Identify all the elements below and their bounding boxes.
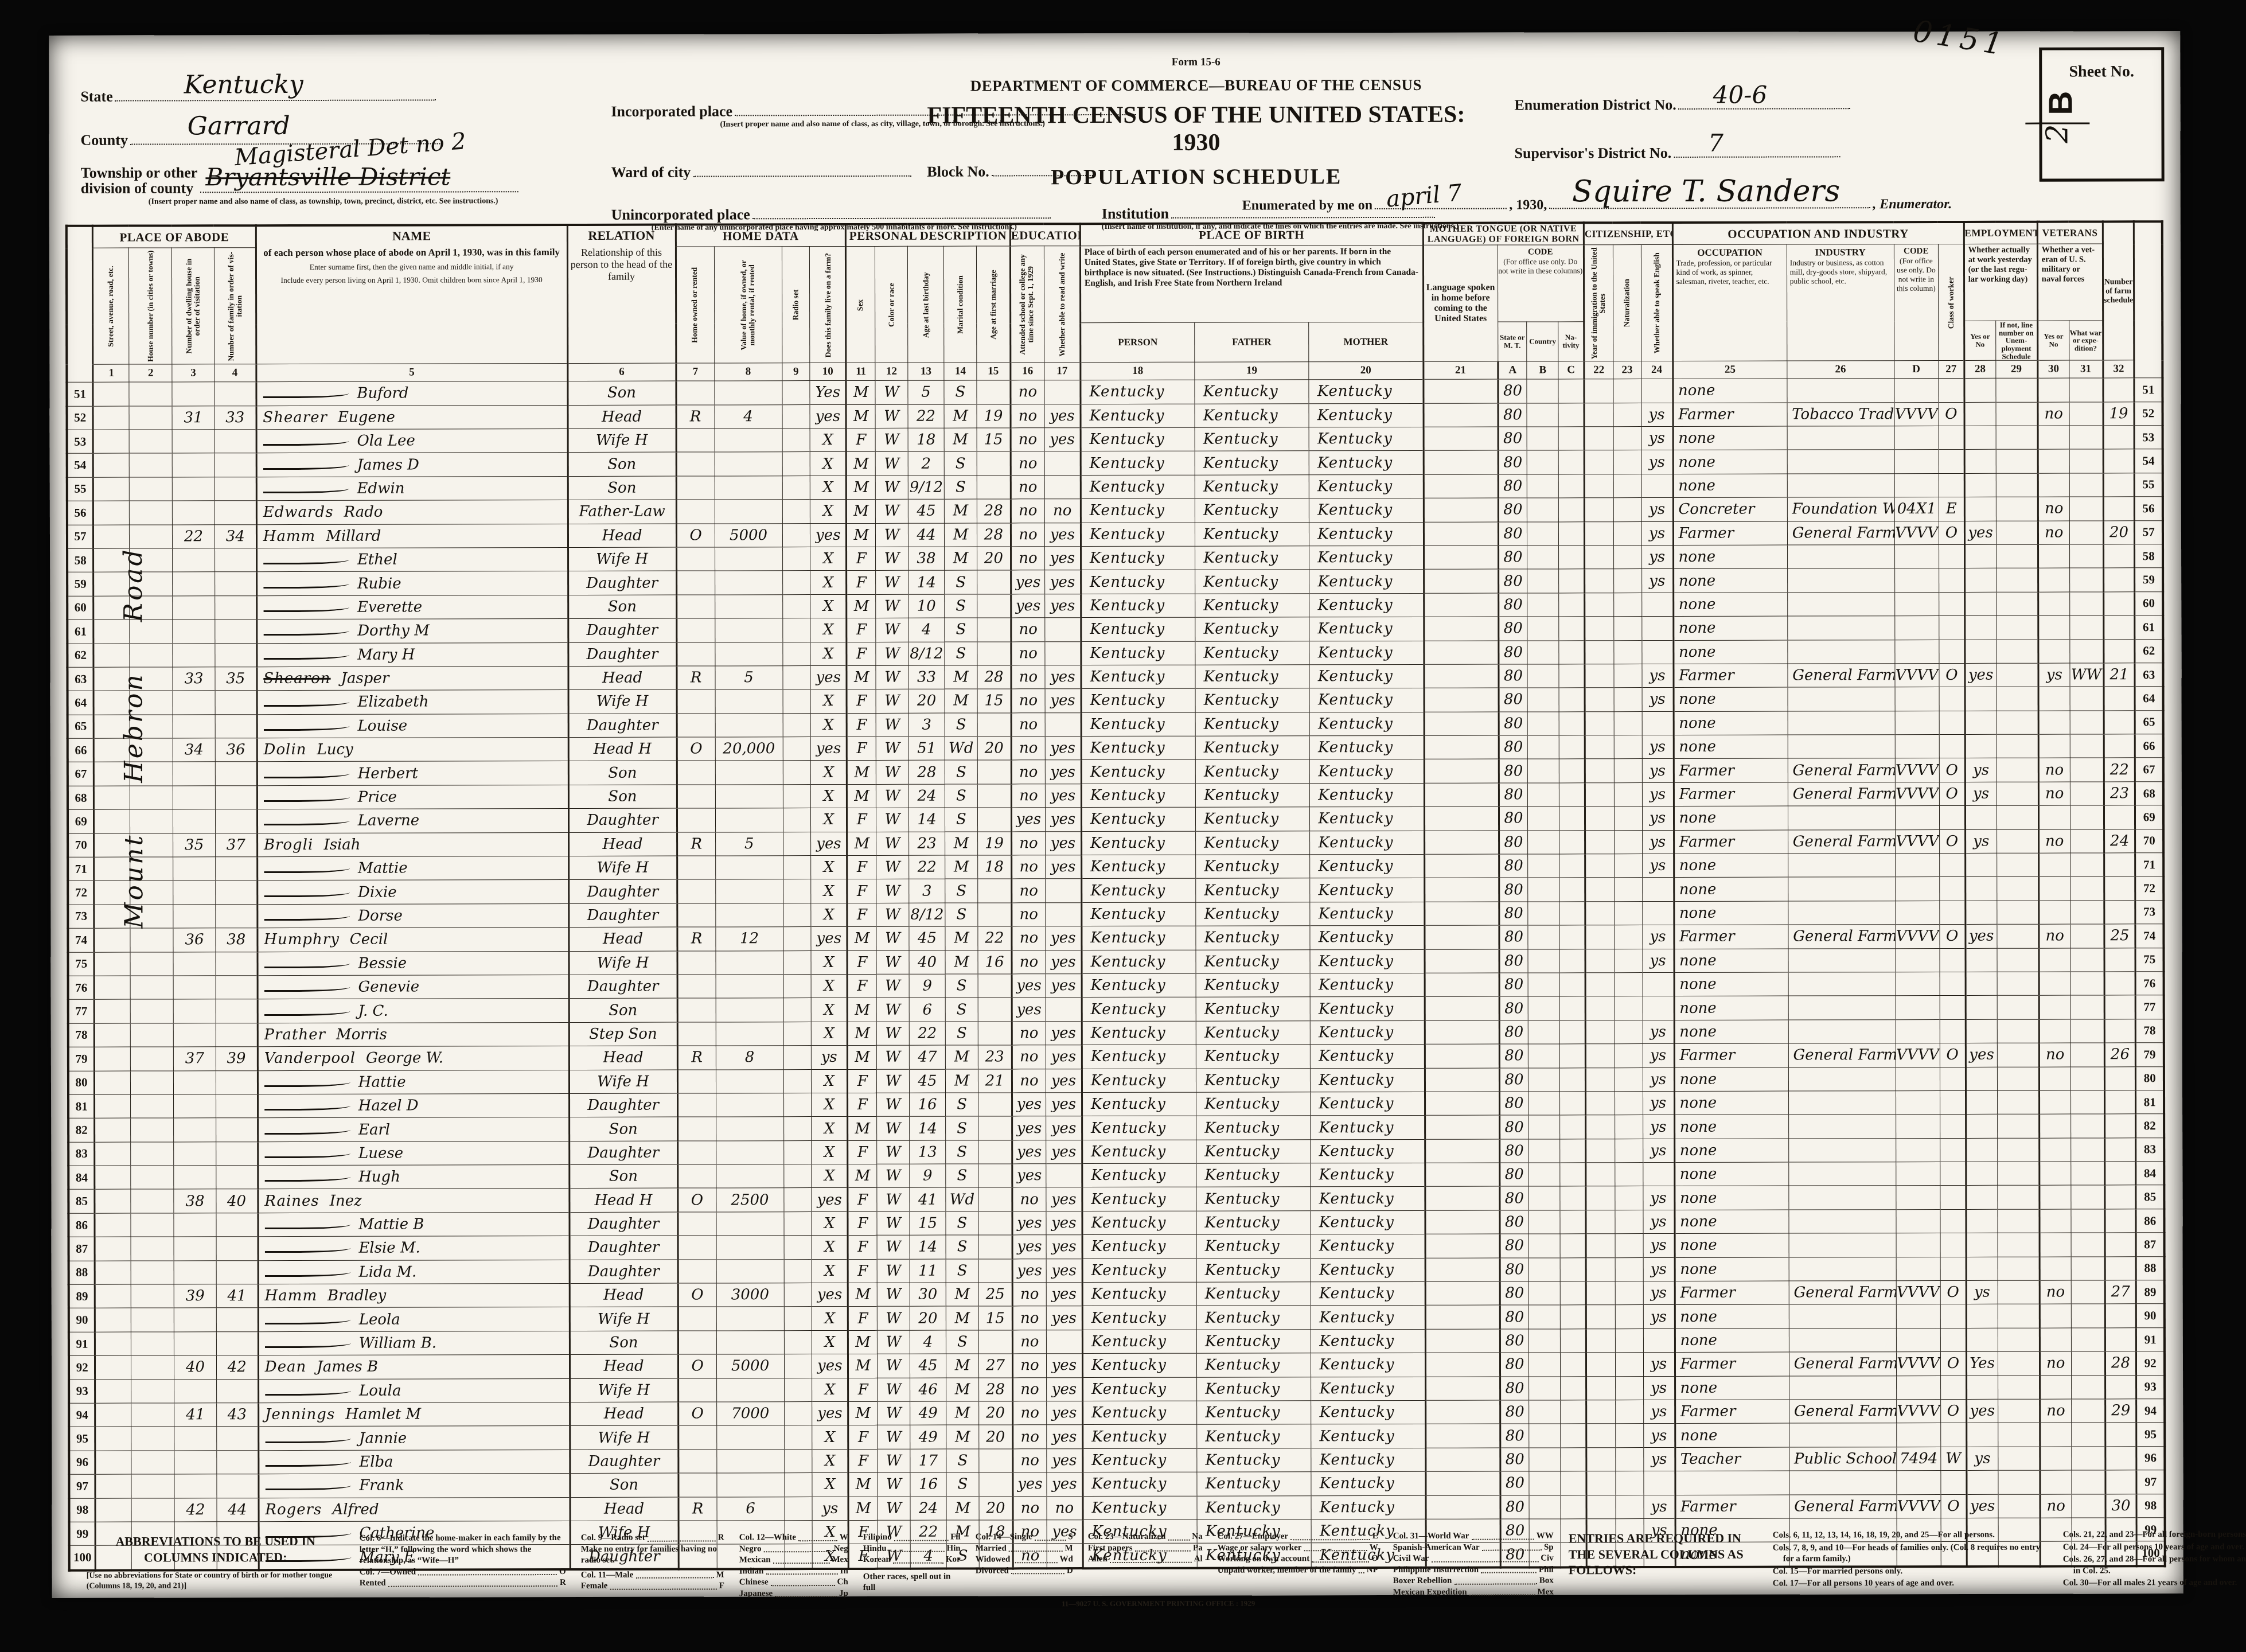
r81-c31 xyxy=(1940,1090,1966,1114)
r90-c17: yes xyxy=(1046,1306,1082,1330)
r88-c34 xyxy=(2040,1257,2071,1281)
r83-c18: Kentucky xyxy=(1082,1140,1196,1164)
r82-c36 xyxy=(2104,1114,2136,1138)
county-label: County xyxy=(81,132,128,149)
r96-c13: 17 xyxy=(910,1449,946,1473)
r90-c0: 90 xyxy=(69,1308,95,1332)
r74-c6: Head xyxy=(568,927,677,951)
col-number-2: 2 xyxy=(129,364,172,382)
r62-c22: 80 xyxy=(1498,640,1527,664)
r91-c25 xyxy=(1586,1329,1615,1353)
r65-c29 xyxy=(1788,711,1895,735)
r71-c20: Kentucky xyxy=(1310,854,1424,878)
r73-c34 xyxy=(2039,901,2070,925)
r67-c34: no xyxy=(2038,758,2070,782)
r56-c20: Kentucky xyxy=(1309,498,1424,523)
r71-c33 xyxy=(1997,853,2038,877)
r65-c35 xyxy=(2070,711,2104,735)
r85-c20: Kentucky xyxy=(1311,1187,1425,1211)
r86-c22: 80 xyxy=(1500,1210,1529,1234)
col-number-23: 23 xyxy=(1613,361,1641,379)
r69-c29 xyxy=(1788,806,1895,830)
r61-c20: Kentucky xyxy=(1309,617,1424,641)
r65-c25 xyxy=(1585,711,1614,735)
r92-c21 xyxy=(1425,1353,1500,1377)
r71-c18: Kentucky xyxy=(1082,855,1196,879)
r76-c10: X xyxy=(811,974,847,998)
r85-c17: yes xyxy=(1046,1187,1082,1211)
r59-c0: 59 xyxy=(67,572,93,596)
r62-c25 xyxy=(1585,640,1614,664)
r98-c35 xyxy=(2072,1494,2105,1518)
col6-col7-block: Col. 6—Indicate the home-maker in each f… xyxy=(360,1533,566,1600)
r55-c9 xyxy=(782,476,810,499)
r89-c12: W xyxy=(877,1283,910,1307)
r93-c6: Wife H xyxy=(570,1378,678,1402)
r97-c3 xyxy=(174,1474,216,1498)
r80-c7 xyxy=(677,1069,716,1093)
r73-c30 xyxy=(1896,901,1940,925)
r56-c17: no xyxy=(1044,499,1081,523)
r75-c21 xyxy=(1425,949,1499,973)
r68-c7 xyxy=(677,785,715,809)
r63-c14: M xyxy=(945,665,977,689)
r81-c7 xyxy=(677,1093,716,1117)
r67-c28: Farmer xyxy=(1674,759,1788,783)
r67-c7 xyxy=(677,761,715,785)
r81-c16: yes xyxy=(1012,1093,1046,1117)
r70-c0: 70 xyxy=(68,833,94,857)
r90-c1 xyxy=(95,1308,131,1332)
r98-c15: 20 xyxy=(979,1496,1013,1520)
r83-c19: Kentucky xyxy=(1196,1139,1311,1163)
r97-c29 xyxy=(1789,1471,1897,1495)
abbrev-line: ChineseCh xyxy=(739,1577,848,1588)
r92-c5: DeanJames B xyxy=(258,1355,570,1380)
r61-c31 xyxy=(1939,616,1965,640)
r88-c24 xyxy=(1560,1257,1586,1281)
r87-c26 xyxy=(1615,1234,1643,1257)
r54-c17 xyxy=(1044,451,1081,476)
r87-c34 xyxy=(2040,1233,2071,1257)
r65-c18: Kentucky xyxy=(1081,712,1195,737)
abbrev-line: Col. 31—World WarWW xyxy=(1393,1530,1554,1542)
r88-c13: 11 xyxy=(910,1259,946,1283)
r63-c8: 5 xyxy=(715,666,783,690)
r53-c17: yes xyxy=(1044,428,1081,452)
r82-c26 xyxy=(1615,1115,1643,1139)
r95-c24 xyxy=(1561,1424,1586,1447)
r97-c12: W xyxy=(878,1472,910,1497)
r82-c6: Son xyxy=(569,1117,677,1141)
col-number-14: 14 xyxy=(944,363,977,380)
r52-c6: Head xyxy=(568,405,676,429)
r78-c6: Step Son xyxy=(569,1022,677,1046)
r58-c15: 20 xyxy=(977,547,1011,571)
r51-c30 xyxy=(1894,379,1939,403)
r62-c34 xyxy=(2038,640,2070,664)
r98-c9 xyxy=(785,1497,813,1520)
r67-c36: 22 xyxy=(2104,758,2135,782)
r74-c31: O xyxy=(1940,925,1966,948)
r80-c11: F xyxy=(848,1069,877,1093)
r70-c28: Farmer xyxy=(1674,830,1788,854)
col-header: House number (in cities or towns) xyxy=(129,248,173,364)
r95-c28: none xyxy=(1675,1423,1789,1447)
r56-c4 xyxy=(215,501,256,525)
r89-c10: yes xyxy=(812,1283,848,1307)
r80-c36 xyxy=(2104,1066,2136,1090)
r59-c35 xyxy=(2069,568,2103,592)
r54-c0: 54 xyxy=(67,454,93,477)
r56-c32 xyxy=(1964,497,1996,521)
r54-c30 xyxy=(1894,450,1939,474)
abbrev-line: NegroNeg xyxy=(739,1543,848,1554)
abbrev-line: First papersPa xyxy=(1088,1542,1203,1554)
r87-c22: 80 xyxy=(1500,1234,1529,1257)
r64-c20: Kentucky xyxy=(1309,688,1424,712)
r52-c34: no xyxy=(2038,402,2069,426)
r81-c9 xyxy=(783,1093,812,1117)
r81-c13: 16 xyxy=(910,1093,946,1117)
r81-c2 xyxy=(131,1094,174,1119)
r91-c11: M xyxy=(848,1330,878,1354)
r64-c11: F xyxy=(847,689,876,713)
r66-c14: Wd xyxy=(945,737,977,761)
r73-c23 xyxy=(1528,902,1559,926)
r71-c36 xyxy=(2104,853,2135,877)
r56-c19: Kentucky xyxy=(1195,498,1309,523)
r54-c6: Son xyxy=(568,452,676,476)
r80-c1 xyxy=(95,1071,131,1095)
r92-c12: W xyxy=(878,1354,910,1378)
col-number-12: 12 xyxy=(875,363,908,380)
r69-c26 xyxy=(1614,806,1642,830)
r98-c22: 80 xyxy=(1500,1495,1530,1519)
r76-c19: Kentucky xyxy=(1196,973,1310,998)
r95-c20: Kentucky xyxy=(1311,1424,1425,1448)
r73-c12: W xyxy=(876,903,909,927)
r61-c24 xyxy=(1559,617,1585,640)
r98-c5: RogersAlfred xyxy=(259,1497,570,1522)
r96-c11: F xyxy=(848,1449,878,1472)
r66-c10: yes xyxy=(811,737,847,761)
r83-c10: X xyxy=(812,1140,848,1164)
r73-c5: Dorse xyxy=(258,903,569,928)
county-value: Garrard xyxy=(188,111,290,141)
r70-c31: O xyxy=(1939,829,1965,853)
r93-c15: 28 xyxy=(978,1377,1012,1401)
r82-c25 xyxy=(1586,1115,1615,1139)
r81-c3 xyxy=(174,1094,216,1119)
r68-c23 xyxy=(1528,783,1559,807)
r58-c32 xyxy=(1964,544,1996,568)
r79-c27: ys xyxy=(1643,1044,1674,1068)
r91-c5: William B. xyxy=(258,1331,570,1355)
r63-c7: R xyxy=(677,666,715,690)
r97-c28 xyxy=(1675,1471,1789,1495)
r61-c11: F xyxy=(847,618,876,641)
r82-c13: 14 xyxy=(910,1116,946,1140)
r78-c17: yes xyxy=(1046,1021,1082,1045)
r87-c12: W xyxy=(877,1236,910,1260)
r75-c24 xyxy=(1559,949,1585,972)
col-header: Home owned or rented xyxy=(676,247,715,363)
r67-c29: General Farm xyxy=(1788,758,1895,782)
r67-c6: Son xyxy=(568,761,677,785)
r78-c26 xyxy=(1615,1020,1643,1043)
r92-c34: no xyxy=(2040,1351,2071,1376)
r71-c12: W xyxy=(876,855,909,879)
r55-c13: 9/12 xyxy=(908,476,944,500)
r62-c23 xyxy=(1527,640,1559,664)
r58-c23 xyxy=(1527,546,1559,570)
r77-c20: Kentucky xyxy=(1310,997,1424,1021)
r53-c3 xyxy=(173,430,215,454)
r73-c11: F xyxy=(847,903,876,926)
r87-c1 xyxy=(95,1237,131,1261)
r73-c31 xyxy=(1940,901,1966,924)
col-header: Attended school or college any time sinc… xyxy=(1010,246,1044,363)
r59-c10: X xyxy=(810,571,847,595)
r72-c18: Kentucky xyxy=(1082,879,1196,903)
r67-c27: ys xyxy=(1642,759,1674,783)
r71-c23 xyxy=(1528,854,1559,878)
r91-c21 xyxy=(1425,1329,1500,1353)
r91-c29 xyxy=(1789,1328,1896,1352)
r76-c36 xyxy=(2104,972,2136,996)
col20-header: MOTHER xyxy=(1309,322,1423,362)
r56-c2 xyxy=(130,501,173,525)
r96-c19: Kentucky xyxy=(1197,1448,1311,1472)
r82-c34 xyxy=(2039,1114,2070,1138)
r52-c1 xyxy=(93,406,129,430)
r66-c13: 51 xyxy=(908,737,945,761)
r82-c0: 82 xyxy=(68,1119,95,1142)
entries-rule: Cols. 7, 8, 9, and 10—For heads of famil… xyxy=(1773,1542,2048,1565)
r69-c14: S xyxy=(945,808,978,832)
r51-c22: 80 xyxy=(1498,379,1527,403)
r98-c12: W xyxy=(878,1497,910,1521)
r85-c29 xyxy=(1789,1186,1896,1210)
r84-c12: W xyxy=(877,1164,910,1188)
r70-c8: 5 xyxy=(715,832,783,856)
r84-c29 xyxy=(1788,1162,1896,1186)
r67-c19: Kentucky xyxy=(1195,759,1309,784)
r96-c10: X xyxy=(812,1449,848,1473)
r95-c15: 20 xyxy=(979,1425,1013,1449)
r53-c32 xyxy=(1964,426,1996,450)
r65-c23 xyxy=(1528,712,1559,736)
r74-c5: HumphryCecil xyxy=(258,928,569,952)
r54-c3 xyxy=(173,453,215,477)
r59-c12: W xyxy=(876,571,908,595)
r72-c12: W xyxy=(876,879,909,903)
r76-c4 xyxy=(216,976,258,1000)
ed-field: Enumeration District No. 40-6 xyxy=(1514,96,1850,114)
ward-label: Ward of city xyxy=(611,164,691,181)
r56-c36 xyxy=(2103,497,2135,521)
r72-c4 xyxy=(215,880,257,905)
r74-c15: 22 xyxy=(978,926,1012,950)
group-occupation: OCCUPATION AND INDUSTRY xyxy=(1672,222,1964,245)
r61-c2 xyxy=(130,619,173,644)
r98-c26 xyxy=(1616,1495,1644,1518)
r55-c18: Kentucky xyxy=(1081,475,1195,499)
r57-c16: no xyxy=(1011,523,1044,547)
r98-c37: 98 xyxy=(2136,1494,2165,1517)
r86-c23 xyxy=(1528,1210,1560,1234)
r85-c8: 2500 xyxy=(716,1188,783,1212)
col9-note: Make no entry for families having no rad… xyxy=(581,1544,724,1567)
col31-block: Col. 31—World WarWWSpanish-American WarS… xyxy=(1393,1530,1554,1598)
r88-c16: yes xyxy=(1012,1259,1046,1283)
r63-c20: Kentucky xyxy=(1309,664,1424,688)
r80-c24 xyxy=(1560,1067,1586,1091)
r79-c32: yes xyxy=(1966,1043,1997,1067)
r56-c12: W xyxy=(875,499,908,523)
col-number-27: 27 xyxy=(1939,361,1964,379)
r77-c13: 6 xyxy=(909,998,945,1022)
entries-rule: Col. 24—For all persons 10 years of age … xyxy=(2063,1541,2246,1553)
r82-c9 xyxy=(783,1117,812,1140)
r70-c22: 80 xyxy=(1499,831,1528,854)
r87-c14: S xyxy=(946,1235,978,1259)
r84-c20: Kentucky xyxy=(1311,1163,1425,1187)
r83-c0: 83 xyxy=(68,1142,95,1166)
r57-c25 xyxy=(1584,521,1613,545)
r75-c22: 80 xyxy=(1499,949,1528,973)
r84-c35 xyxy=(2070,1162,2104,1186)
r71-c32 xyxy=(1965,853,1997,877)
sd-field: Supervisor's District No. 7 xyxy=(1515,144,1841,162)
r85-c34 xyxy=(2040,1185,2071,1209)
r75-c17: yes xyxy=(1046,950,1082,974)
r63-c15: 28 xyxy=(977,665,1011,689)
r89-c9 xyxy=(784,1283,812,1307)
r71-c13: 22 xyxy=(909,855,945,879)
r71-c27: ys xyxy=(1642,854,1674,878)
r78-c21 xyxy=(1425,1020,1499,1045)
r89-c6: Head xyxy=(570,1283,678,1307)
r72-c2 xyxy=(130,880,173,905)
r94-c28: Farmer xyxy=(1675,1400,1789,1424)
enumerated-year: , 1930, xyxy=(1509,197,1547,212)
r58-c7 xyxy=(676,547,715,571)
r79-c19: Kentucky xyxy=(1196,1045,1310,1069)
r87-c31 xyxy=(1940,1233,1966,1257)
r61-c21 xyxy=(1424,617,1498,641)
r78-c23 xyxy=(1528,1020,1560,1045)
r68-c33 xyxy=(1997,782,2038,806)
r72-c17 xyxy=(1046,879,1082,903)
r65-c6: Daughter xyxy=(568,714,677,738)
r62-c8 xyxy=(715,642,782,666)
r84-c5: Hugh xyxy=(258,1165,570,1190)
r92-c25 xyxy=(1586,1353,1615,1376)
r72-c34 xyxy=(2038,876,2070,901)
r59-c37: 59 xyxy=(2135,568,2163,591)
r95-c22: 80 xyxy=(1500,1424,1529,1447)
r88-c36 xyxy=(2105,1256,2136,1280)
r53-c11: F xyxy=(846,428,875,451)
r91-c24 xyxy=(1561,1329,1586,1353)
r75-c30 xyxy=(1896,948,1940,972)
r87-c29 xyxy=(1789,1233,1896,1257)
r83-c30 xyxy=(1896,1138,1940,1162)
r70-c30: VVVV xyxy=(1895,829,1939,854)
abbrev-line: IndianIn xyxy=(739,1565,848,1577)
r61-c14: S xyxy=(945,618,977,642)
r69-c35 xyxy=(2070,805,2104,829)
r70-c6: Head xyxy=(568,832,677,856)
r94-c27: ys xyxy=(1643,1400,1675,1424)
r88-c15 xyxy=(978,1259,1012,1283)
r73-c28: none xyxy=(1674,901,1788,925)
r77-c27 xyxy=(1643,996,1674,1020)
r89-c18: Kentucky xyxy=(1082,1282,1196,1306)
r65-c28: none xyxy=(1674,711,1788,735)
r60-c13: 10 xyxy=(908,594,945,618)
r68-c28: Farmer xyxy=(1674,782,1788,806)
r94-c30: VVVV xyxy=(1896,1399,1940,1423)
r69-c27: ys xyxy=(1642,806,1674,831)
r74-c19: Kentucky xyxy=(1196,926,1310,950)
state-value: Kentucky xyxy=(184,70,303,99)
r94-c23 xyxy=(1529,1400,1561,1424)
r70-c15: 19 xyxy=(977,832,1011,856)
r51-c15 xyxy=(977,380,1011,404)
r52-c26 xyxy=(1613,403,1641,426)
r65-c8 xyxy=(715,713,783,737)
r51-c5: Buford xyxy=(256,381,568,406)
col25-header: OCCUPATIONTrade, profession, or particul… xyxy=(1672,244,1787,361)
r89-c7: O xyxy=(678,1283,716,1307)
state-field: State Kentucky xyxy=(80,87,436,105)
r71-c6: Wife H xyxy=(568,856,677,880)
r62-c1 xyxy=(93,644,130,668)
r52-c16: no xyxy=(1011,404,1044,428)
township-field: Township or other division of county Mag… xyxy=(81,164,597,206)
r75-c13: 40 xyxy=(909,950,945,975)
r92-c1 xyxy=(95,1355,131,1380)
r65-c13: 3 xyxy=(908,713,945,737)
col-header: Color or race xyxy=(875,246,908,363)
r63-c31: O xyxy=(1939,663,1965,687)
col18-header: PERSON xyxy=(1081,322,1195,363)
r64-c33 xyxy=(1997,687,2038,711)
r93-c18: Kentucky xyxy=(1082,1377,1196,1401)
r53-c36 xyxy=(2103,426,2135,450)
r66-c37: 66 xyxy=(2135,734,2163,758)
r56-c30: 04X1 xyxy=(1894,497,1939,521)
r70-c17: yes xyxy=(1045,831,1081,855)
r98-c3: 42 xyxy=(174,1498,216,1522)
institution-label: Institution xyxy=(1102,205,1169,222)
r51-c32 xyxy=(1964,378,1996,402)
r63-c36: 21 xyxy=(2104,663,2135,687)
r71-c15: 18 xyxy=(978,855,1012,879)
r77-c30 xyxy=(1896,996,1940,1020)
r93-c23 xyxy=(1529,1376,1561,1400)
r79-c9 xyxy=(783,1046,812,1069)
r52-c23 xyxy=(1527,403,1558,427)
r88-c8 xyxy=(716,1259,784,1283)
r66-c0: 66 xyxy=(68,738,94,762)
r89-c28: Farmer xyxy=(1675,1281,1789,1305)
r84-c24 xyxy=(1560,1163,1586,1186)
r70-c32: ys xyxy=(1965,829,1997,854)
